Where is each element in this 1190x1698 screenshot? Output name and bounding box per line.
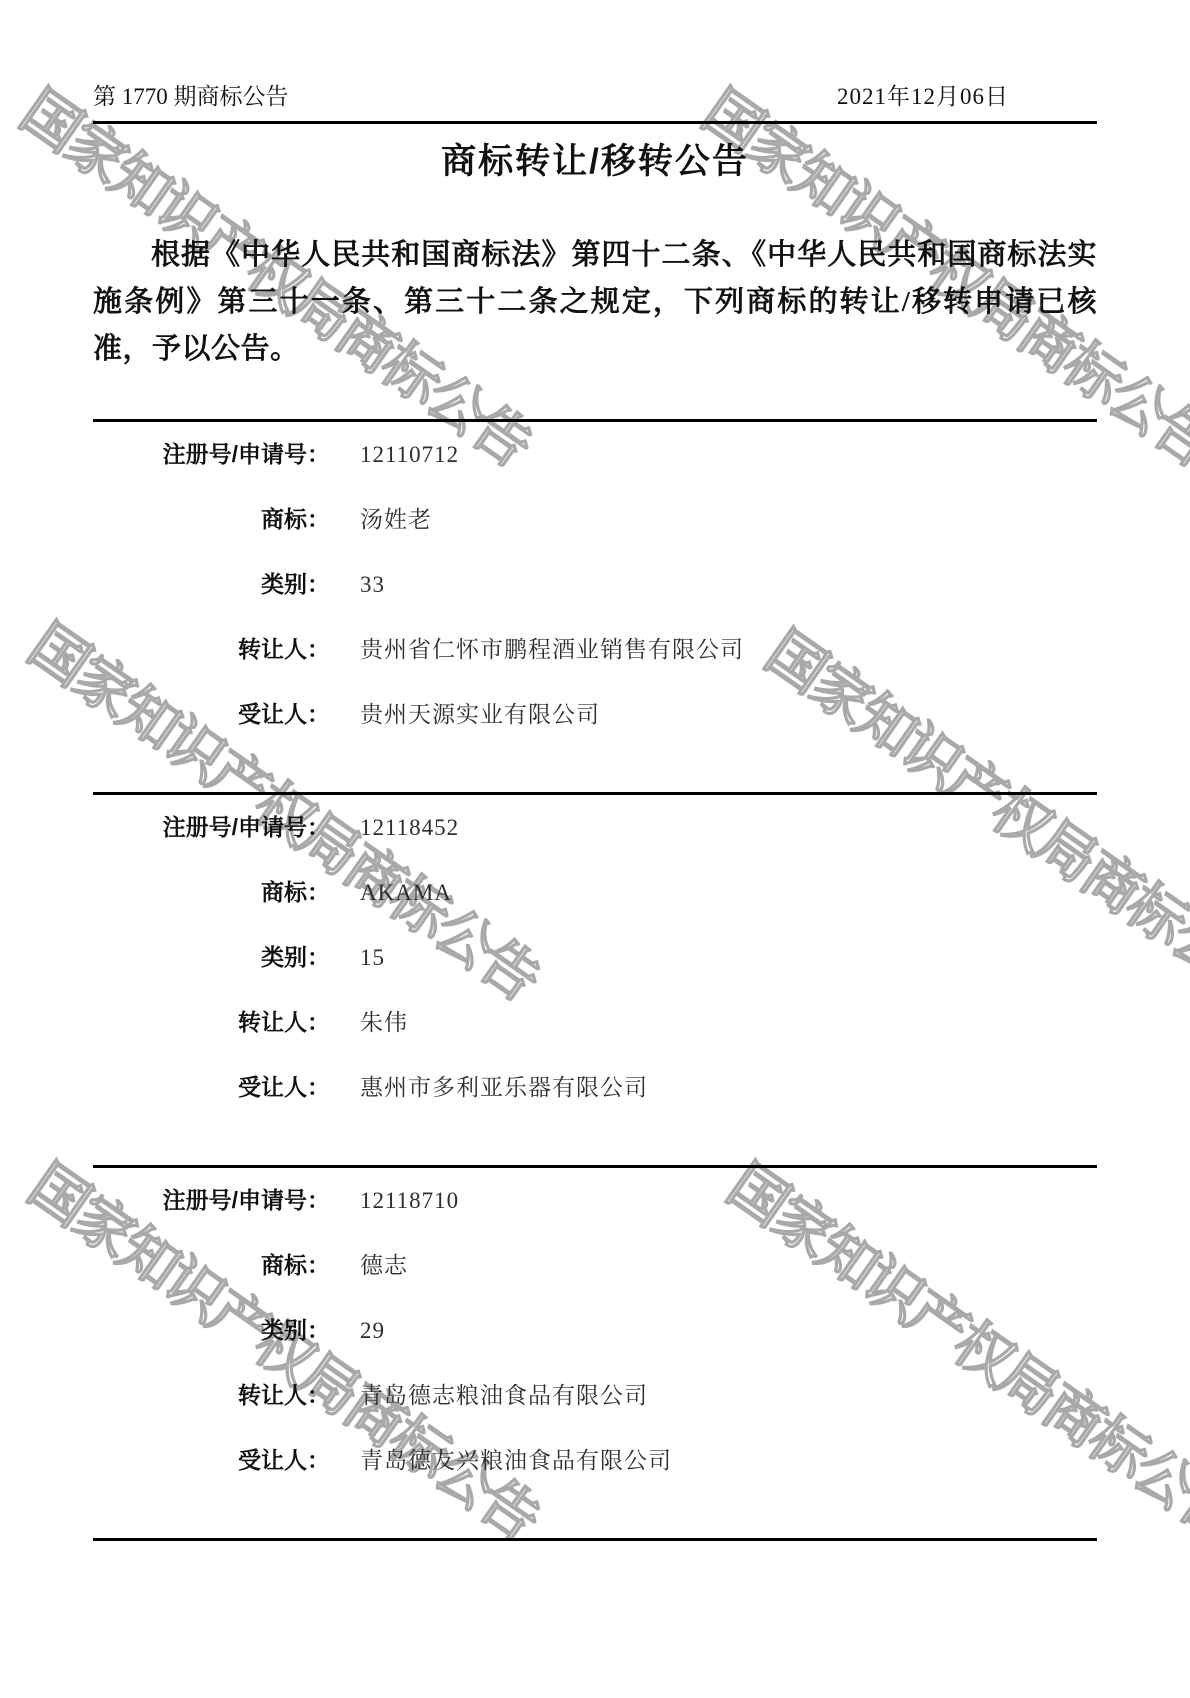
field-label-reg-no: 注册号/申请号：: [93, 422, 330, 487]
field-label-trademark: 商标：: [93, 860, 330, 925]
record-row-transferor: 转让人： 青岛德志粮油食品有限公司: [93, 1363, 1097, 1428]
field-value-trademark: 汤姓老: [360, 487, 432, 552]
field-value-transferor: 朱伟: [360, 990, 408, 1055]
field-label-reg-no: 注册号/申请号：: [93, 1168, 330, 1233]
field-label-transferee: 受让人：: [93, 682, 330, 747]
page-title: 商标转让/移转公告: [93, 139, 1097, 185]
field-value-reg-no: 12118710: [360, 1168, 459, 1233]
field-label-category: 类别：: [93, 552, 330, 617]
field-value-transferee: 贵州天源实业有限公司: [360, 682, 600, 747]
page-header: 第 1770 期商标公告 2021年12月06日: [93, 82, 1097, 112]
field-label-transferor: 转让人：: [93, 1363, 330, 1428]
record-row-category: 类别： 29: [93, 1298, 1097, 1363]
record-row-transferee: 受让人： 青岛德友兴粮油食品有限公司: [93, 1428, 1097, 1493]
field-value-reg-no: 12110712: [360, 422, 459, 487]
field-value-transferee: 青岛德友兴粮油食品有限公司: [360, 1428, 672, 1493]
field-label-category: 类别：: [93, 1298, 330, 1363]
gazette-issue: 第 1770 期商标公告: [93, 82, 289, 112]
field-value-category: 33: [360, 552, 385, 617]
field-value-trademark: 德志: [360, 1233, 408, 1298]
field-value-transferor: 青岛德志粮油食品有限公司: [360, 1363, 648, 1428]
field-value-transferor: 贵州省仁怀市鹏程酒业销售有限公司: [360, 617, 744, 682]
field-label-category: 类别：: [93, 925, 330, 990]
gazette-page: 第 1770 期商标公告 2021年12月06日 商标转让/移转公告 根据《中华…: [0, 0, 1190, 1541]
bottom-rule: [93, 1538, 1097, 1541]
records-list: 注册号/申请号： 12110712 商标： 汤姓老 类别： 33 转让人： 贵州…: [93, 419, 1097, 1541]
record-row-category: 类别： 15: [93, 925, 1097, 990]
field-label-trademark: 商标：: [93, 1233, 330, 1298]
field-value-transferee: 惠州市多利亚乐器有限公司: [360, 1055, 648, 1120]
field-label-reg-no: 注册号/申请号：: [93, 795, 330, 860]
intro-paragraph: 根据《中华人民共和国商标法》第四十二条、《中华人民共和国商标法实施条例》第三十一…: [93, 232, 1097, 373]
trademark-record: 注册号/申请号： 12118452 商标： AKAMA 类别： 15 转让人： …: [93, 792, 1097, 1165]
record-row-reg-no: 注册号/申请号： 12118710: [93, 1168, 1097, 1233]
field-label-transferor: 转让人：: [93, 990, 330, 1055]
trademark-record: 注册号/申请号： 12118710 商标： 德志 类别： 29 转让人： 青岛德…: [93, 1165, 1097, 1538]
gazette-date: 2021年12月06日: [837, 82, 1097, 112]
header-rule: [93, 121, 1097, 124]
record-row-transferor: 转让人： 朱伟: [93, 990, 1097, 1055]
field-value-category: 15: [360, 925, 385, 990]
field-value-category: 29: [360, 1298, 385, 1363]
record-row-trademark: 商标： 德志: [93, 1233, 1097, 1298]
record-row-reg-no: 注册号/申请号： 12118452: [93, 795, 1097, 860]
trademark-record: 注册号/申请号： 12110712 商标： 汤姓老 类别： 33 转让人： 贵州…: [93, 419, 1097, 792]
field-label-trademark: 商标：: [93, 487, 330, 552]
record-row-transferee: 受让人： 贵州天源实业有限公司: [93, 682, 1097, 747]
field-value-reg-no: 12118452: [360, 795, 459, 860]
record-row-transferee: 受让人： 惠州市多利亚乐器有限公司: [93, 1055, 1097, 1120]
field-label-transferor: 转让人：: [93, 617, 330, 682]
record-row-category: 类别： 33: [93, 552, 1097, 617]
record-row-transferor: 转让人： 贵州省仁怀市鹏程酒业销售有限公司: [93, 617, 1097, 682]
record-row-reg-no: 注册号/申请号： 12110712: [93, 422, 1097, 487]
field-label-transferee: 受让人：: [93, 1428, 330, 1493]
record-row-trademark: 商标： AKAMA: [93, 860, 1097, 925]
field-label-transferee: 受让人：: [93, 1055, 330, 1120]
field-value-trademark: AKAMA: [360, 860, 452, 925]
record-row-trademark: 商标： 汤姓老: [93, 487, 1097, 552]
